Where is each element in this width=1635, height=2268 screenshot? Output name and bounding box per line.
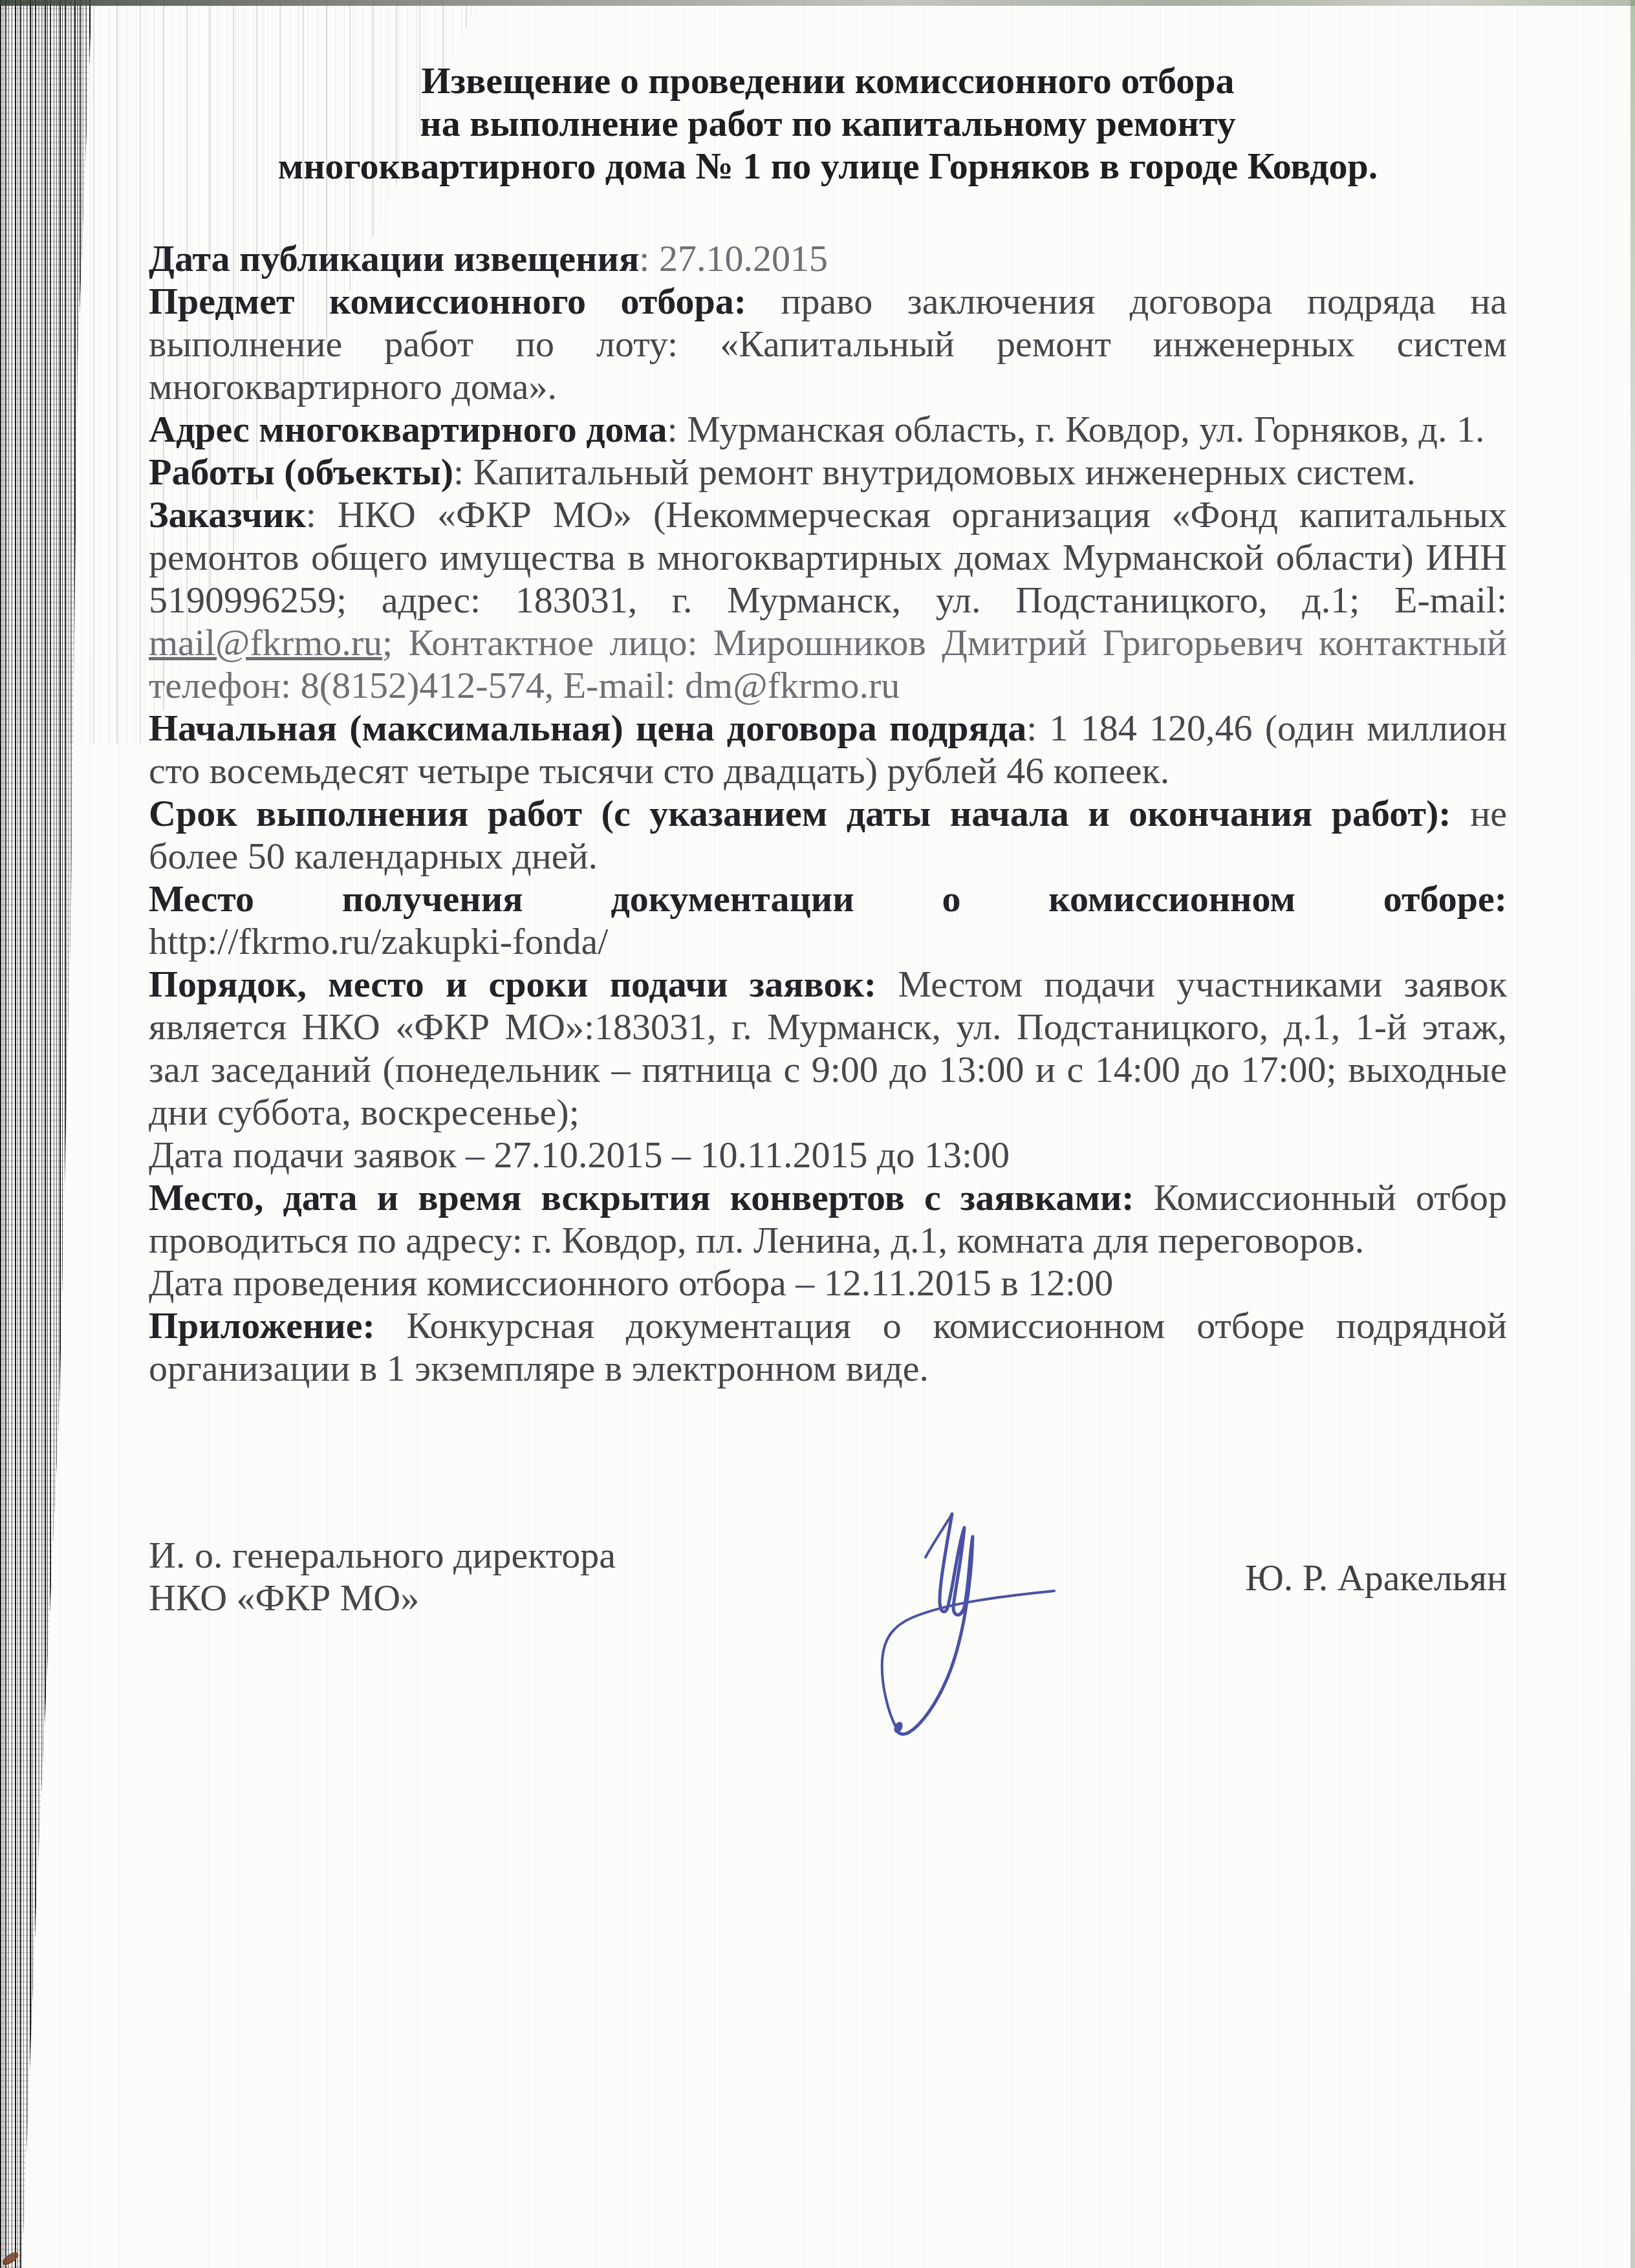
paragraph-docs-location: Место получения документации о комиссион… [149, 878, 1507, 963]
paragraph-selection-date: Дата проведения комиссионного отбора – 1… [149, 1262, 1507, 1304]
publication-date-label: Дата публикации извещения [149, 237, 639, 279]
paragraph-application-dates: Дата подачи заявок – 27.10.2015 – 10.11.… [149, 1134, 1507, 1176]
application-dates-text: Дата подачи заявок – 27.10.2015 – 10.11.… [149, 1134, 1010, 1176]
docs-location-url: http://fkrmo.ru/zakupki-fonda/ [149, 920, 608, 962]
signature-ink [873, 1506, 1067, 1745]
paragraph-contract-price: Начальная (максимальная) цена договора п… [149, 707, 1507, 792]
paragraph-envelope-opening: Место, дата и время вскрытия конвертов с… [149, 1176, 1507, 1262]
title-line-2: на выполнение работ по капитальному ремо… [149, 102, 1507, 145]
title-line-1: Извещение о проведении комиссионного отб… [149, 59, 1507, 102]
paragraph-subject: Предмет комиссионного отбора: право закл… [149, 280, 1507, 408]
paragraph-customer: Заказчик: НКО «ФКР МО» (Некоммерческая о… [149, 493, 1507, 707]
signatory-name: Ю. Р. Аракельян [149, 1557, 1507, 1599]
scanned-document-page: Извещение о проведении комиссионного отб… [0, 0, 1635, 2268]
works-text: : Капитальный ремонт внутридомовых инжен… [453, 451, 1416, 493]
selection-date-text: Дата проведения комиссионного отбора – 1… [149, 1262, 1113, 1304]
document-body: Дата публикации извещения: 27.10.2015 Пр… [149, 237, 1507, 1390]
paragraph-work-term: Срок выполнения работ (с указанием даты … [149, 792, 1507, 878]
docs-location-label: Место получения документации о комиссион… [149, 878, 1507, 920]
publication-date-value: : 27.10.2015 [639, 237, 828, 279]
paragraph-publication-date: Дата публикации извещения: 27.10.2015 [149, 237, 1507, 280]
attachment-label: Приложение: [149, 1304, 375, 1346]
paragraph-application-procedure: Порядок, место и сроки подачи заявок: Ме… [149, 963, 1507, 1134]
paragraph-attachment: Приложение: Конкурсная документация о ко… [149, 1304, 1507, 1390]
envelope-opening-label: Место, дата и время вскрытия конвертов с… [149, 1176, 1134, 1218]
house-address-text: : Мурманская область, г. Ковдор, ул. Гор… [667, 408, 1485, 450]
scan-artifact-right-edge [1630, 0, 1635, 2268]
work-term-label: Срок выполнения работ (с указанием даты … [149, 792, 1451, 834]
title-line-3: многоквартирного дома № 1 по улице Горня… [149, 145, 1507, 188]
customer-email: mail@fkrmo.ru [149, 621, 382, 664]
customer-text: : НКО «ФКР МО» (Некоммерческая организац… [149, 493, 1507, 621]
works-label: Работы (объекты) [149, 451, 453, 493]
handwritten-signature [873, 1506, 1067, 1745]
paragraph-house-address: Адрес многоквартирного дома: Мурманская … [149, 408, 1507, 451]
scan-artifact-top-strip [0, 0, 1635, 6]
subject-label: Предмет комиссионного отбора: [149, 280, 746, 322]
application-procedure-label: Порядок, место и сроки подачи заявок: [149, 963, 876, 1005]
customer-label: Заказчик [149, 493, 306, 535]
house-address-label: Адрес многоквартирного дома [149, 408, 667, 450]
document-title: Извещение о проведении комиссионного отб… [149, 59, 1507, 188]
paragraph-works: Работы (объекты): Капитальный ремонт вну… [149, 451, 1507, 493]
contract-price-label: Начальная (максимальная) цена договора п… [149, 707, 1026, 749]
